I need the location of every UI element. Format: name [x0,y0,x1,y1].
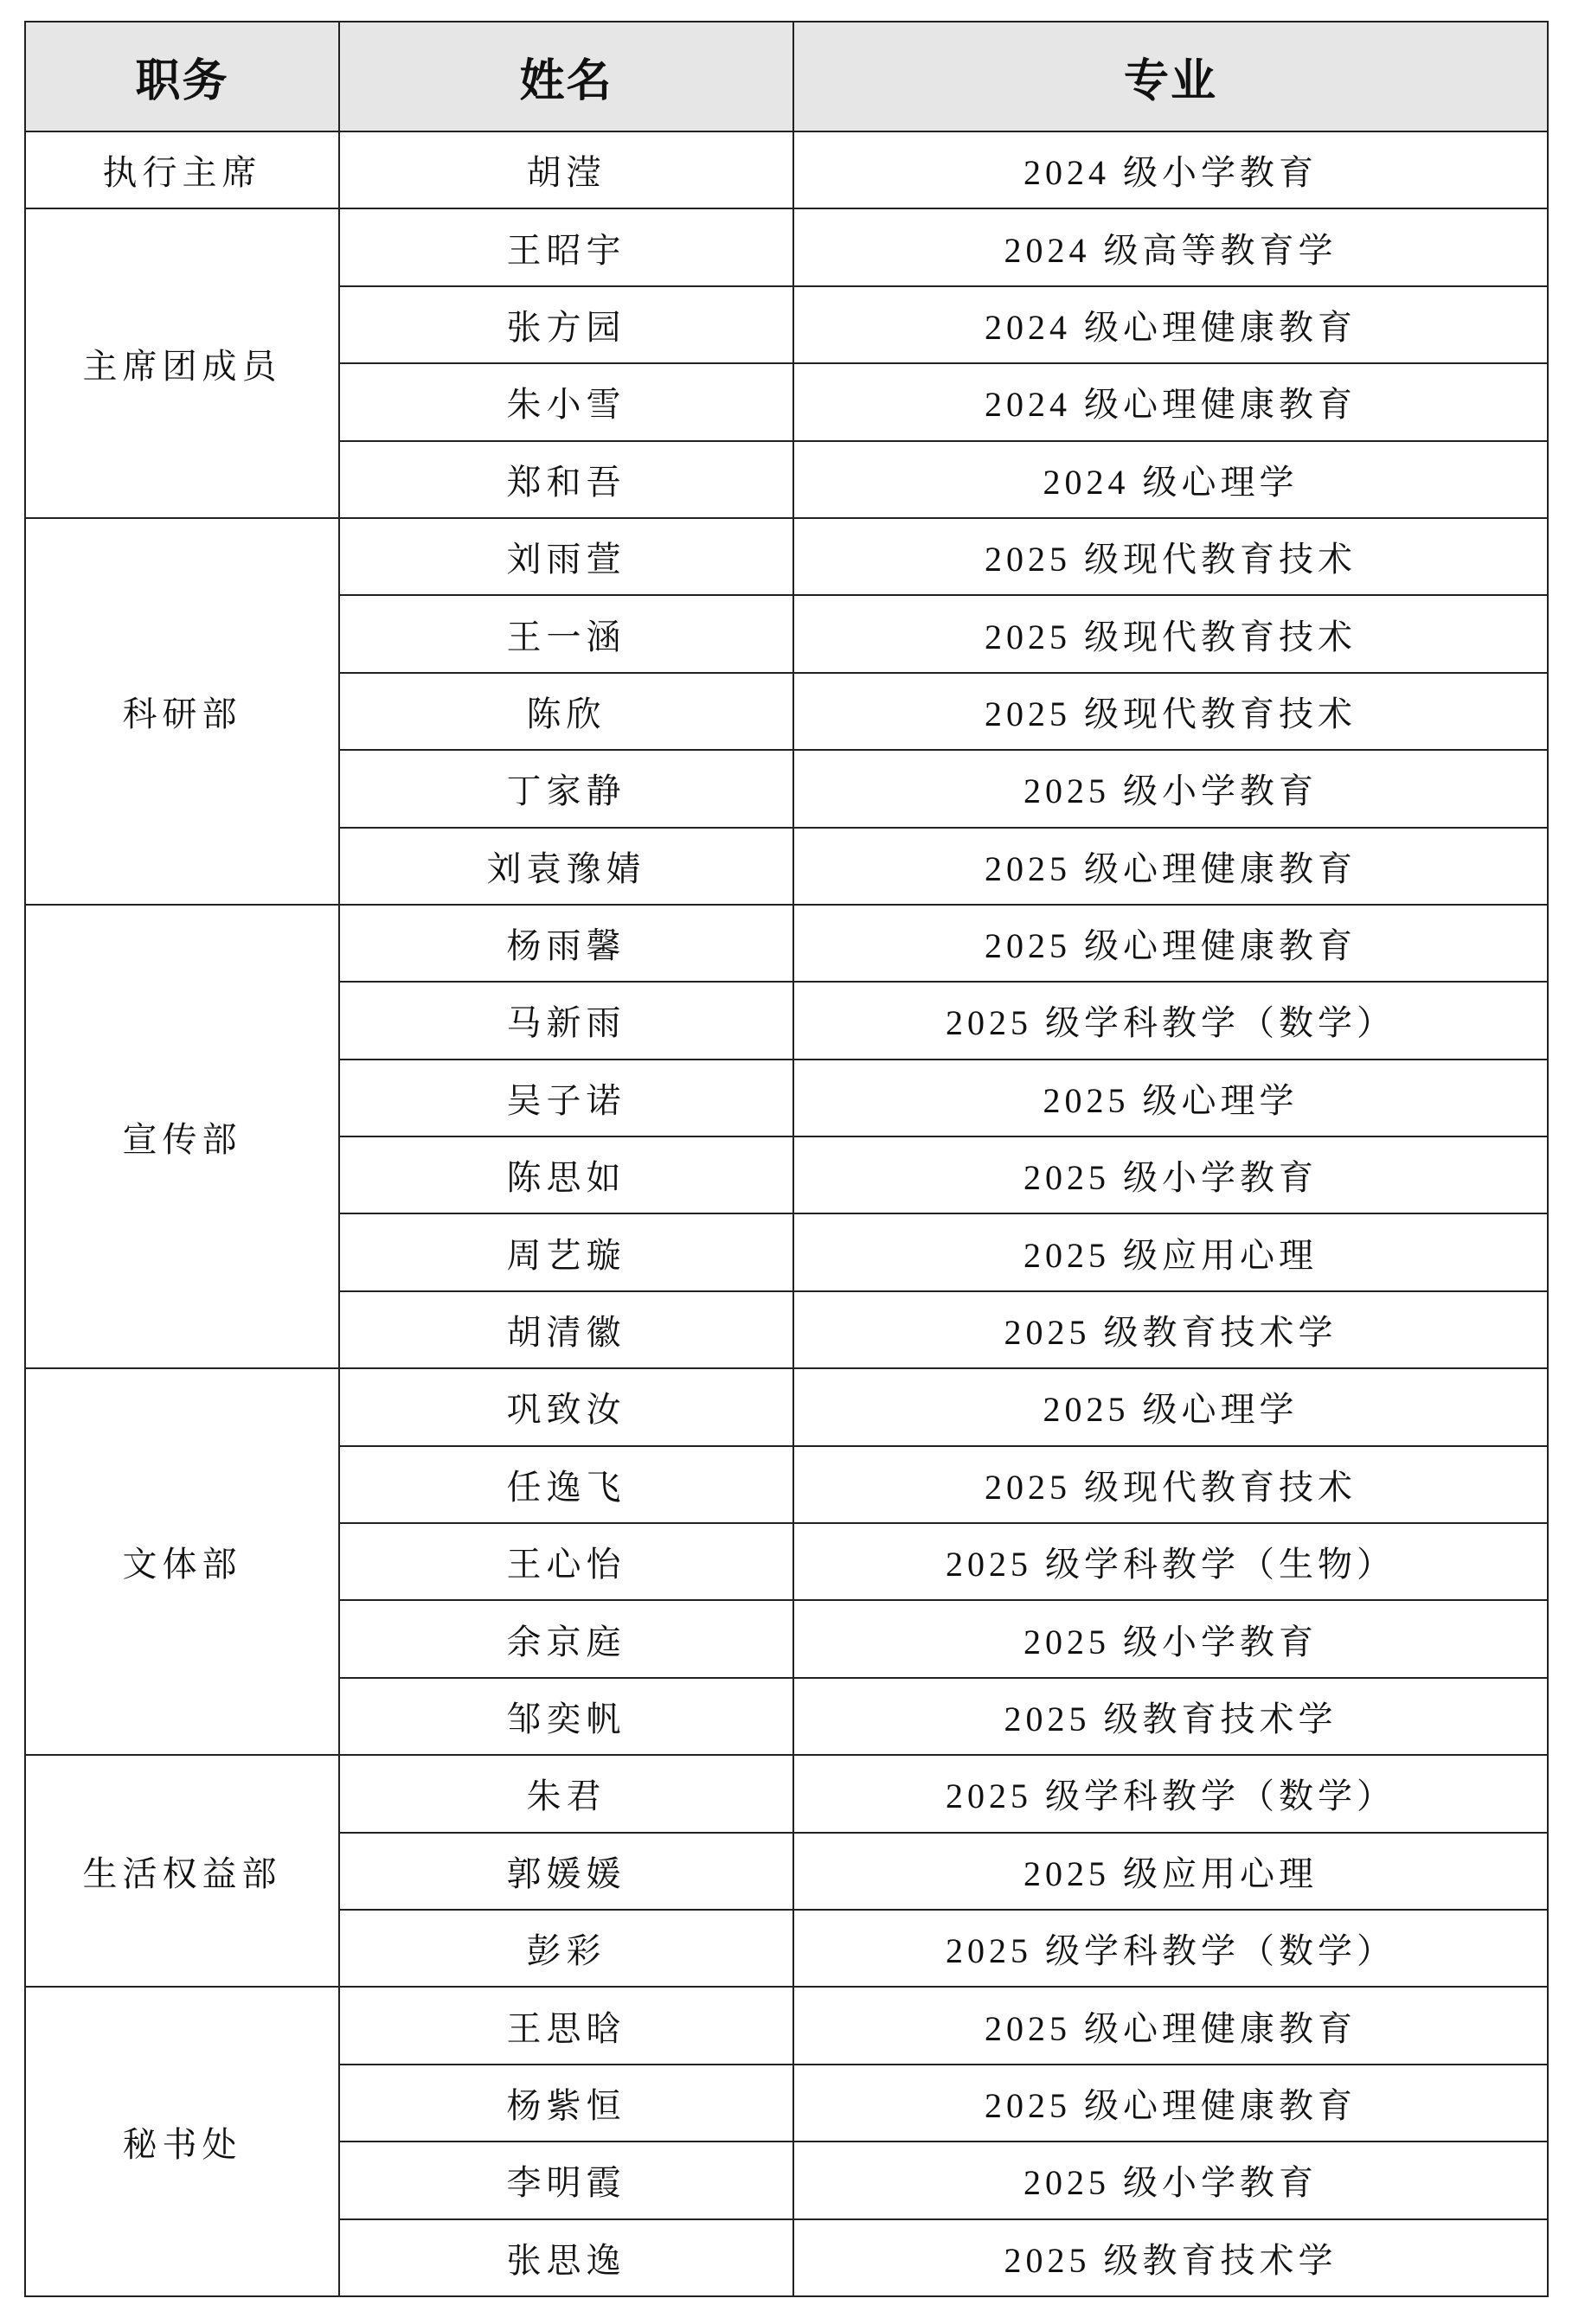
major-cell: 2025 级心理学 [793,1060,1548,1136]
name-cell: 彭彩 [339,1910,793,1987]
major-cell: 2025 级现代教育技术 [793,1446,1548,1523]
major-cell: 2025 级学科教学（数学） [793,982,1548,1059]
major-cell: 2025 级应用心理 [793,1213,1548,1290]
name-cell: 张思逸 [339,2219,793,2296]
name-cell: 王心怡 [339,1523,793,1600]
major-cell: 2024 级心理健康教育 [793,363,1548,440]
header-name: 姓名 [339,22,793,131]
name-cell: 朱君 [339,1755,793,1832]
name-cell: 陈思如 [339,1136,793,1213]
table-row: 生活权益部朱君2025 级学科教学（数学） [25,1755,1548,1832]
major-cell: 2025 级现代教育技术 [793,673,1548,750]
name-cell: 吴子诺 [339,1060,793,1136]
major-cell: 2025 级应用心理 [793,1833,1548,1910]
major-cell: 2025 级现代教育技术 [793,595,1548,672]
major-cell: 2025 级心理学 [793,1368,1548,1445]
major-cell: 2025 级学科教学（生物） [793,1523,1548,1600]
member-roster-table: 职务 姓名 专业 执行主席胡滢2024 级小学教育主席团成员王昭宇2024 级高… [24,21,1549,2297]
name-cell: 胡清徽 [339,1291,793,1368]
table-row: 科研部刘雨萱2025 级现代教育技术 [25,518,1548,595]
name-cell: 周艺璇 [339,1213,793,1290]
major-cell: 2025 级教育技术学 [793,1291,1548,1368]
major-cell: 2024 级心理学 [793,441,1548,518]
major-cell: 2025 级学科教学（数学） [793,1910,1548,1987]
major-cell: 2025 级现代教育技术 [793,518,1548,595]
major-cell: 2025 级教育技术学 [793,1678,1548,1755]
name-cell: 张方园 [339,286,793,363]
table-row: 秘书处王思晗2025 级心理健康教育 [25,1987,1548,2064]
name-cell: 胡滢 [339,131,793,208]
name-cell: 马新雨 [339,982,793,1059]
position-cell: 科研部 [25,518,339,905]
position-cell: 秘书处 [25,1987,339,2296]
name-cell: 王昭宇 [339,208,793,285]
name-cell: 王一涵 [339,595,793,672]
header-position: 职务 [25,22,339,131]
position-cell: 主席团成员 [25,208,339,518]
table-row: 文体部巩致汝2025 级心理学 [25,1368,1548,1445]
header-row: 职务 姓名 专业 [25,22,1548,131]
name-cell: 杨雨馨 [339,905,793,982]
major-cell: 2025 级心理健康教育 [793,1987,1548,2064]
major-cell: 2025 级小学教育 [793,2142,1548,2218]
position-cell: 执行主席 [25,131,339,208]
name-cell: 任逸飞 [339,1446,793,1523]
major-cell: 2025 级心理健康教育 [793,905,1548,982]
name-cell: 刘雨萱 [339,518,793,595]
major-cell: 2024 级心理健康教育 [793,286,1548,363]
major-cell: 2025 级心理健康教育 [793,828,1548,905]
table-row: 执行主席胡滢2024 级小学教育 [25,131,1548,208]
name-cell: 李明霞 [339,2142,793,2218]
header-major: 专业 [793,22,1548,131]
position-cell: 生活权益部 [25,1755,339,1987]
major-cell: 2025 级小学教育 [793,1600,1548,1677]
major-cell: 2025 级小学教育 [793,750,1548,827]
table-body: 执行主席胡滢2024 级小学教育主席团成员王昭宇2024 级高等教育学张方园20… [25,131,1548,2296]
name-cell: 余京庭 [339,1600,793,1677]
name-cell: 朱小雪 [339,363,793,440]
name-cell: 郭媛媛 [339,1833,793,1910]
major-cell: 2025 级教育技术学 [793,2219,1548,2296]
major-cell: 2024 级高等教育学 [793,208,1548,285]
major-cell: 2024 级小学教育 [793,131,1548,208]
name-cell: 郑和吾 [339,441,793,518]
major-cell: 2025 级心理健康教育 [793,2065,1548,2142]
position-cell: 文体部 [25,1368,339,1755]
major-cell: 2025 级小学教育 [793,1136,1548,1213]
name-cell: 邹奕帆 [339,1678,793,1755]
position-cell: 宣传部 [25,905,339,1368]
name-cell: 丁家静 [339,750,793,827]
name-cell: 杨紫恒 [339,2065,793,2142]
table-header: 职务 姓名 专业 [25,22,1548,131]
major-cell: 2025 级学科教学（数学） [793,1755,1548,1832]
table-row: 宣传部杨雨馨2025 级心理健康教育 [25,905,1548,982]
table-row: 主席团成员王昭宇2024 级高等教育学 [25,208,1548,285]
name-cell: 刘袁豫婧 [339,828,793,905]
name-cell: 巩致汝 [339,1368,793,1445]
name-cell: 王思晗 [339,1987,793,2064]
name-cell: 陈欣 [339,673,793,750]
